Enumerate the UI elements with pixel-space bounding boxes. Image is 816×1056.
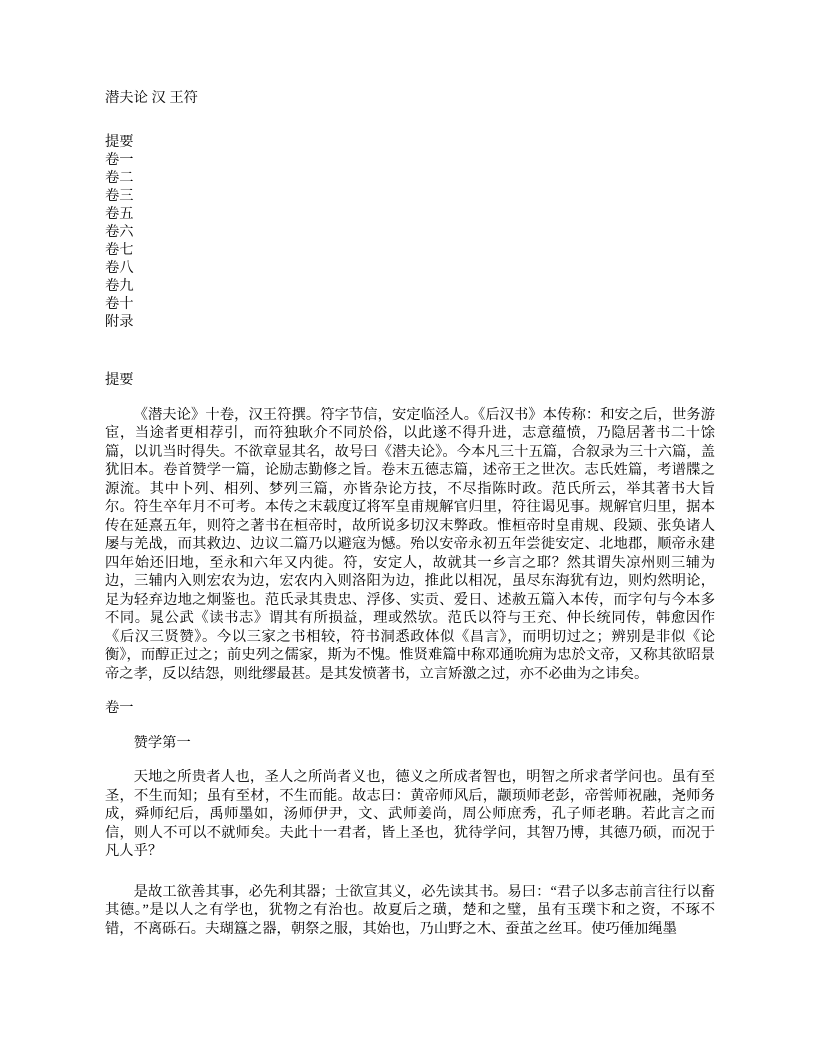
toc-item-juan1: 卷一	[105, 151, 715, 169]
zanxue-paragraph-2: 是故工欲善其事，必先利其器；士欲宣其义，必先读其书。易曰：“君子以多志前言往行以…	[105, 883, 715, 939]
toc-item-fulu: 附录	[105, 313, 715, 331]
juan1-section-heading: 卷一	[105, 699, 715, 718]
toc-item-juan7: 卷七	[105, 241, 715, 259]
document-page: 潜夫论 汉 王符 提要 卷一 卷二 卷三 卷五 卷六 卷七 卷八 卷九 卷十 附…	[0, 0, 816, 1056]
tiyao-section-heading: 提要	[105, 371, 715, 390]
toc-item-juan3: 卷三	[105, 187, 715, 205]
toc-item-tiyao: 提要	[105, 133, 715, 151]
toc-item-juan8: 卷八	[105, 259, 715, 277]
zanxue-chapter-heading: 赞学第一	[105, 734, 715, 753]
document-title: 潜夫论 汉 王符	[105, 89, 715, 107]
zanxue-paragraph-1: 天地之所贵者人也，圣人之所尚者义也，德义之所成者智也，明智之所求者学问也。虽有至…	[105, 768, 715, 861]
toc-item-juan9: 卷九	[105, 277, 715, 295]
toc-item-juan10: 卷十	[105, 295, 715, 313]
table-of-contents: 提要 卷一 卷二 卷三 卷五 卷六 卷七 卷八 卷九 卷十 附录	[105, 133, 715, 331]
toc-item-juan6: 卷六	[105, 223, 715, 241]
tiyao-paragraph: 《潜夫论》十卷，汉王符撰。符字节信，安定临泾人。《后汉书》本传称：和安之后，世务…	[105, 406, 715, 684]
toc-item-juan2: 卷二	[105, 169, 715, 187]
toc-item-juan5: 卷五	[105, 205, 715, 223]
